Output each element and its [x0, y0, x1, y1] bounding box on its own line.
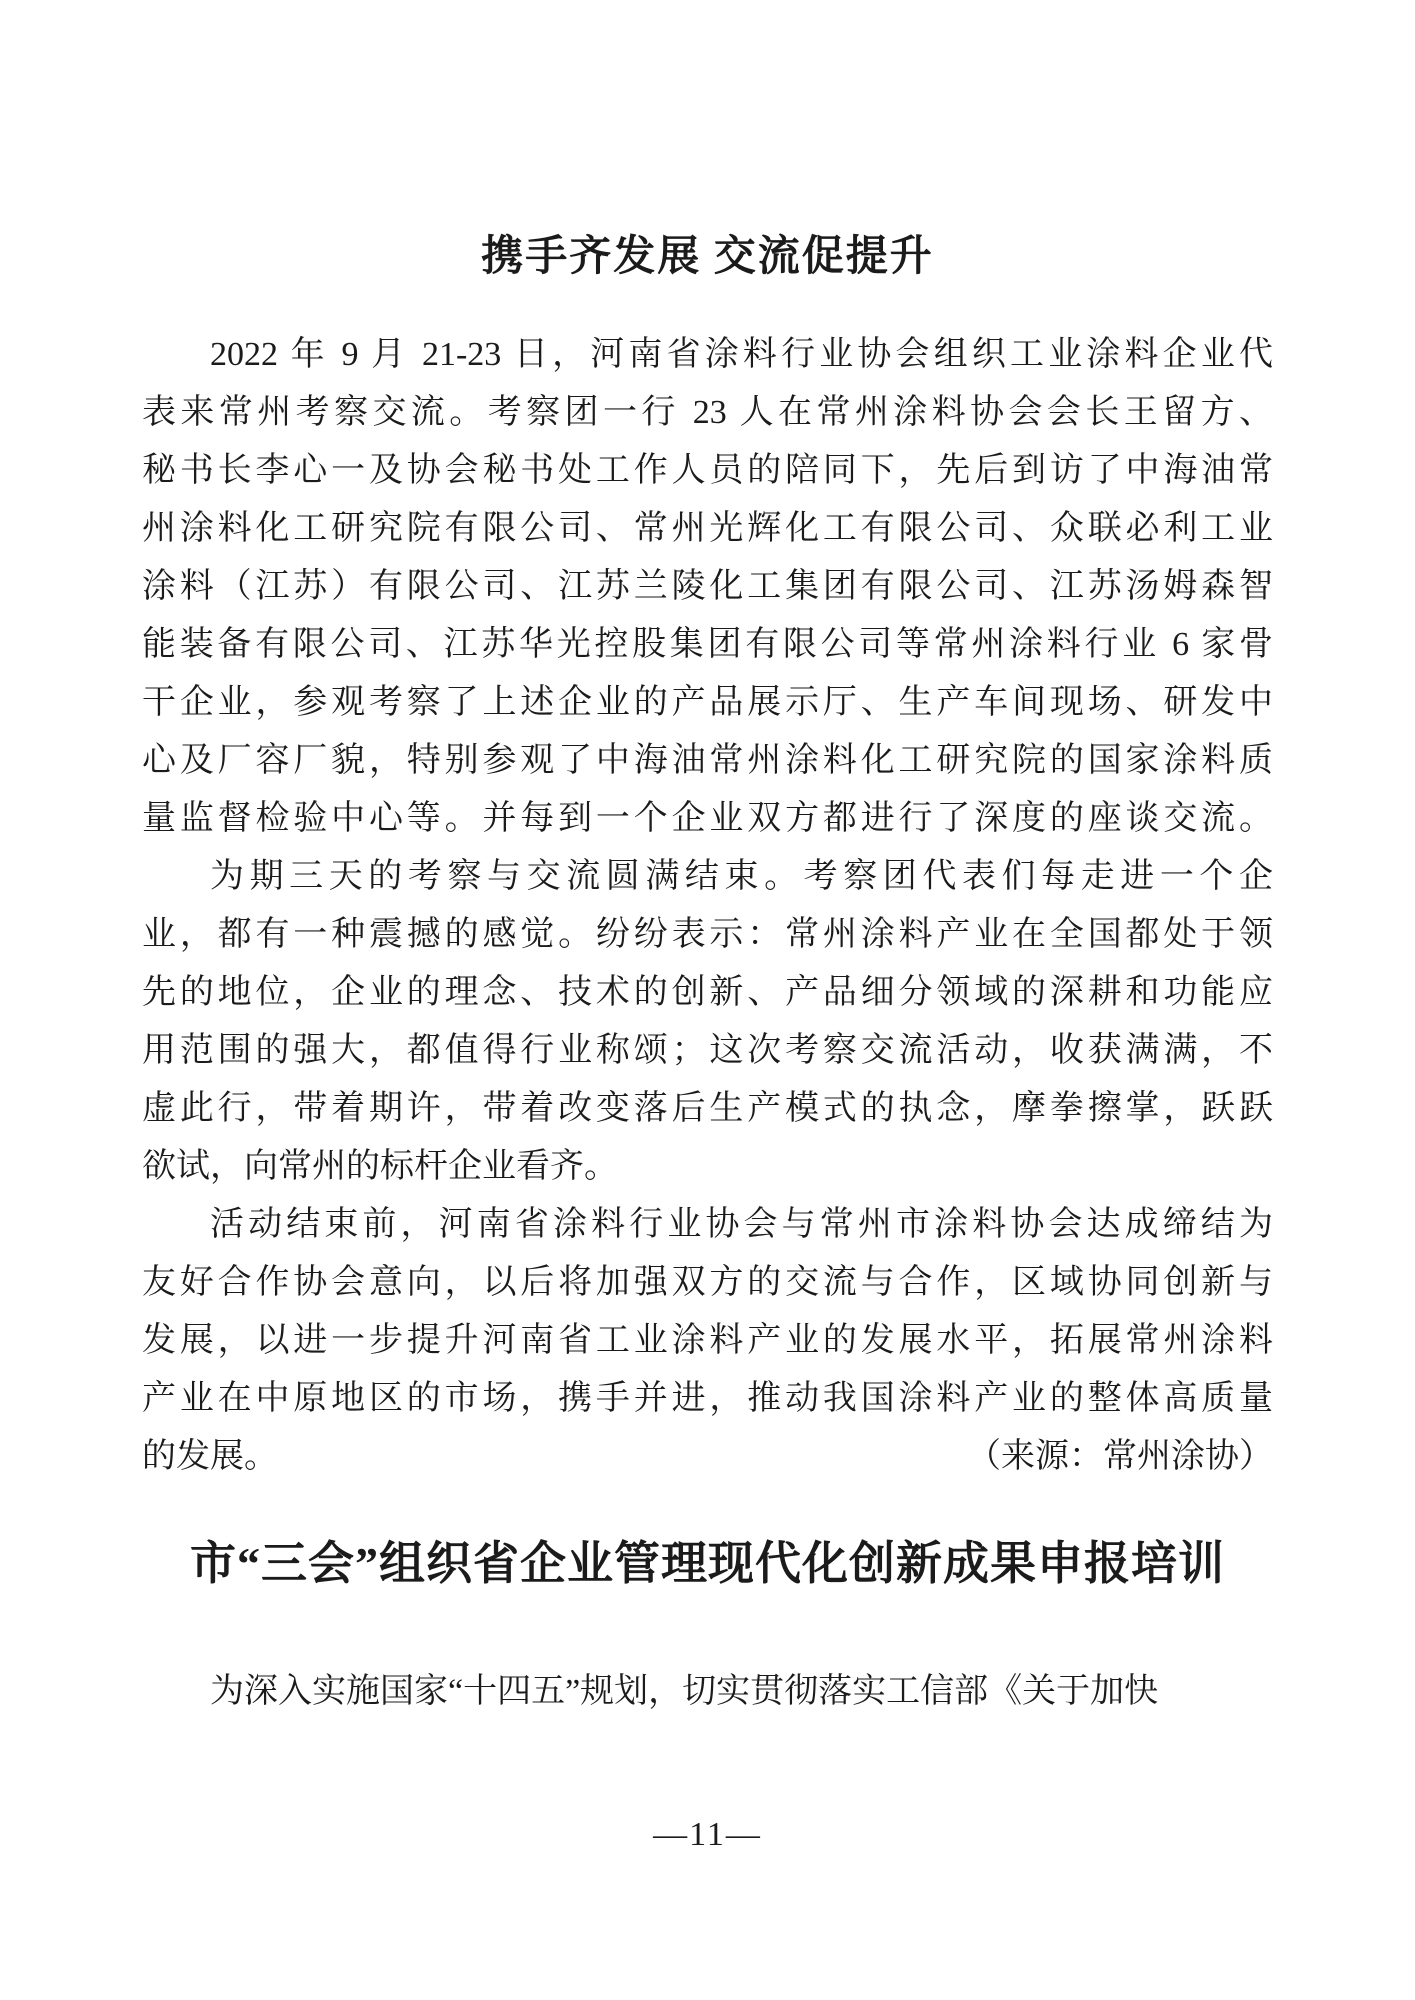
body-line: 用范围的强大，都值得行业称颂；这次考察交流活动，收获满满，不: [142, 1022, 1273, 1080]
body-line: 心及厂容厂貌，特别参观了中海油常州涂料化工研究院的国家涂料质: [142, 732, 1273, 790]
body-line: 欲试，向常州的标杆企业看齐。: [142, 1138, 1273, 1196]
article2-title: 市“三会”组织省企业管理现代化创新成果申报培训: [142, 1536, 1273, 1592]
closing-text: 的发展。: [142, 1428, 278, 1486]
body-line: 能装备有限公司、江苏华光控股集团有限公司等常州涂料行业 6 家骨: [142, 616, 1273, 674]
closing-line: 的发展。（来源：常州涂协）: [142, 1428, 1273, 1486]
body-line: 表来常州考察交流。考察团一行 23 人在常州涂料协会会长王留方、: [142, 384, 1273, 442]
body-line: 州涂料化工研究院有限公司、常州光辉化工有限公司、众联必利工业: [142, 500, 1273, 558]
page-number: —11—: [0, 1816, 1415, 1854]
body-line: 先的地位，企业的理念、技术的创新、产品细分领域的深耕和功能应: [142, 964, 1273, 1022]
article1-title: 携手齐发展 交流促提升: [142, 232, 1273, 282]
body-line: 2022 年 9 月 21-23 日，河南省涂料行业协会组织工业涂料企业代: [142, 326, 1273, 384]
body-line: 产业在中原地区的市场，携手并进，推动我国涂料产业的整体高质量: [142, 1370, 1273, 1428]
body-line: 为期三天的考察与交流圆满结束。考察团代表们每走进一个企: [142, 848, 1273, 906]
article2-body: 为深入实施国家“十四五”规划，切实贯彻落实工信部《关于加快: [142, 1663, 1273, 1721]
body-line: 发展，以进一步提升河南省工业涂料产业的发展水平，拓展常州涂料: [142, 1312, 1273, 1370]
document-page: 携手齐发展 交流促提升 2022 年 9 月 21-23 日，河南省涂料行业协会…: [0, 0, 1415, 2000]
body-line: 虚此行，带着期许，带着改变落后生产模式的执念，摩拳擦掌，跃跃: [142, 1080, 1273, 1138]
body-line: 秘书长李心一及协会秘书处工作人员的陪同下，先后到访了中海油常: [142, 442, 1273, 500]
body-line: 活动结束前，河南省涂料行业协会与常州市涂料协会达成缔结为: [142, 1196, 1273, 1254]
source-attribution: （来源：常州涂协）: [967, 1428, 1273, 1486]
body-line: 干企业，参观考察了上述企业的产品展示厅、生产车间现场、研发中: [142, 674, 1273, 732]
body-line: 业，都有一种震撼的感觉。纷纷表示：常州涂料产业在全国都处于领: [142, 906, 1273, 964]
article1-body: 2022 年 9 月 21-23 日，河南省涂料行业协会组织工业涂料企业代表来常…: [142, 326, 1273, 1486]
body-line: 友好合作协会意向，以后将加强双方的交流与合作，区域协同创新与: [142, 1254, 1273, 1312]
body-line: 量监督检验中心等。并每到一个企业双方都进行了深度的座谈交流。: [142, 790, 1273, 848]
body-line: 为深入实施国家“十四五”规划，切实贯彻落实工信部《关于加快: [142, 1663, 1273, 1721]
body-line: 涂料（江苏）有限公司、江苏兰陵化工集团有限公司、江苏汤姆森智: [142, 558, 1273, 616]
